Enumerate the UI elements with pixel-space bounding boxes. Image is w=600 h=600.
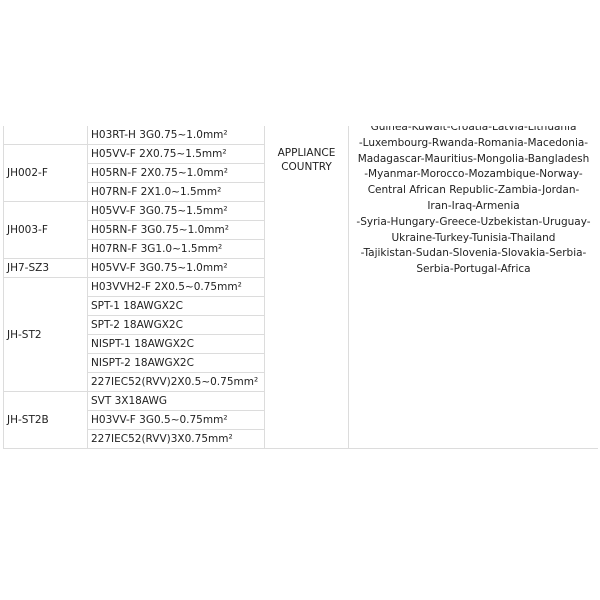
model-cell: JH002-F [4, 145, 88, 202]
country-line: Serbia-Portugal-Africa [351, 262, 596, 278]
model-cell: JH-ST2 [4, 278, 88, 392]
cable-spec-cell: NISPT-1 18AWGX2C [88, 335, 265, 354]
cable-spec-cell: H03VVH2-F 2X0.5~0.75mm² [88, 278, 265, 297]
cable-spec-cell: H07RN-F 2X1.0~1.5mm² [88, 183, 265, 202]
country-line: Guinea-Kuwait-Croatia-Latvia-Lithuania [351, 126, 596, 136]
country-line: Central African Republic-Zambia-Jordan- [351, 183, 596, 199]
cable-spec-cell: H05VV-F 3G0.75~1.0mm² [88, 259, 265, 278]
country-line: Iran-Iraq-Armenia [351, 199, 596, 215]
country-line: Ukraine-Turkey-Tunisia-Thailand [351, 231, 596, 247]
table-row: H03RT-H 3G0.75~1.0mm²APPLIANCE COUNTRYGu… [4, 126, 599, 145]
cable-spec-cell: H03VV-F 3G0.5~0.75mm² [88, 411, 265, 430]
cable-spec-cell: H05RN-F 3G0.75~1.0mm² [88, 221, 265, 240]
cable-spec-cell: SPT-2 18AWGX2C [88, 316, 265, 335]
country-line: Madagascar-Mauritius-Mongolia-Bangladesh [351, 152, 596, 168]
cable-spec-cell: H05RN-F 2X0.75~1.0mm² [88, 164, 265, 183]
cable-spec-cell: NISPT-2 18AWGX2C [88, 354, 265, 373]
model-cell: JH003-F [4, 202, 88, 259]
spec-table-container: H03RT-H 3G0.75~1.0mm²APPLIANCE COUNTRYGu… [3, 126, 598, 462]
country-line: -Myanmar-Morocco-Mozambique-Norway- [351, 167, 596, 183]
model-cell: JH-ST2B [4, 392, 88, 449]
cable-spec-cell: H05VV-F 3G0.75~1.5mm² [88, 202, 265, 221]
cable-spec-cell: H07RN-F 3G1.0~1.5mm² [88, 240, 265, 259]
country-line: -Syria-Hungary-Greece-Uzbekistan-Uruguay… [351, 215, 596, 231]
country-line: -Tajikistan-Sudan-Slovenia-Slovakia-Serb… [351, 246, 596, 262]
cable-spec-cell: H05VV-F 2X0.75~1.5mm² [88, 145, 265, 164]
country-line: -Luxembourg-Rwanda-Romania-Macedonia- [351, 136, 596, 152]
cable-spec-cell: 227IEC52(RVV)2X0.5~0.75mm² [88, 373, 265, 392]
cable-spec-table: H03RT-H 3G0.75~1.0mm²APPLIANCE COUNTRYGu… [3, 126, 598, 449]
cable-spec-cell: 227IEC52(RVV)3X0.75mm² [88, 430, 265, 449]
country-list-cell: Guinea-Kuwait-Croatia-Latvia-Lithuania-L… [349, 126, 599, 449]
appliance-country-cell: APPLIANCE COUNTRY [265, 126, 349, 449]
cable-spec-cell: SVT 3X18AWG [88, 392, 265, 411]
model-cell [4, 126, 88, 145]
cable-spec-cell: SPT-1 18AWGX2C [88, 297, 265, 316]
country-list: Guinea-Kuwait-Croatia-Latvia-Lithuania-L… [351, 126, 596, 278]
model-cell: JH7-SZ3 [4, 259, 88, 278]
cable-spec-cell: H03RT-H 3G0.75~1.0mm² [88, 126, 265, 145]
